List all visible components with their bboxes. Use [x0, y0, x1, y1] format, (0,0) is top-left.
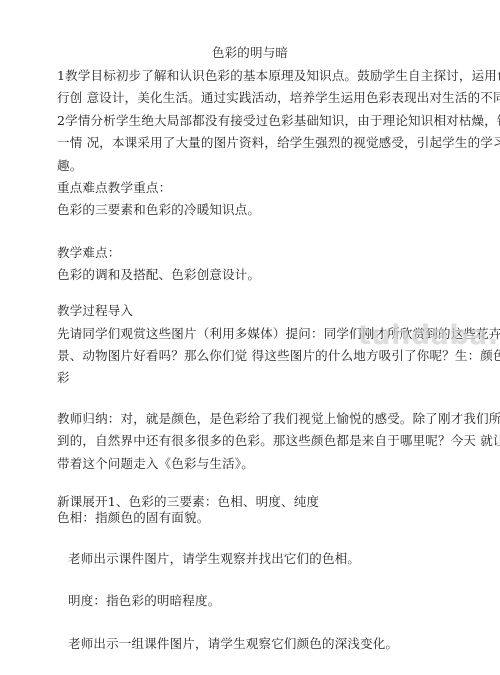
paragraph-line: 带着这个问题走入《色彩与生活》。	[57, 456, 254, 472]
section-heading: 教学过程导入	[57, 303, 133, 319]
paragraph-line: 老师出示一组课件图片，请学生观察它们颜色的深浅变化。	[68, 636, 398, 652]
paragraph-line: 一情 况，本课采用了大量的图片资料，给学生强烈的视觉感受，引起学生的学习兴	[57, 135, 500, 151]
section-heading: 重点难点教学重点：	[57, 180, 171, 196]
paragraph-line: 到的，自然界中还有很多很多的色彩。那这些颜色都是来自于哪里呢？今天 就让我们	[57, 433, 500, 449]
paragraph-line: 趣。	[57, 158, 82, 174]
paragraph-line: 色相：指颜色的固有面貌。	[57, 510, 209, 526]
document-title: 色彩的明与暗	[0, 45, 500, 61]
paragraph-line: 明度：指色彩的明暗程度。	[68, 593, 220, 609]
paragraph-line: 色彩的三要素和色彩的冷暖知识点。	[57, 202, 260, 218]
paragraph-line: 老师出示课件图片，请学生观察并找出它们的色相。	[68, 551, 360, 567]
paragraph-line: 行创 意设计，美化生活。通过实践活动，培养学生运用色彩表现出对生活的不同情趣。	[57, 90, 500, 106]
section-heading: 教学难点：	[57, 245, 121, 261]
watermark: tuhdaba.com	[358, 320, 500, 351]
paragraph-line: 1教学目标初步了解和认识色彩的基本原理及知识点。鼓励学生自主探讨，运用色彩进	[57, 68, 500, 84]
document-page: 色彩的明与暗 1教学目标初步了解和认识色彩的基本原理及知识点。鼓励学生自主探讨，…	[0, 0, 500, 675]
section-heading: 新课展开1、色彩的三要素：色相、明度、纯度	[57, 494, 319, 510]
paragraph-line: 2学情分析学生绝大局部都没有接受过色彩基础知识，由于理论知识相对枯燥，针对这	[57, 113, 500, 129]
paragraph-line: 色彩的调和及搭配、色彩创意设计。	[57, 267, 260, 283]
paragraph-line: 教师归纳：对，就是颜色，是色彩给了我们视觉上愉悦的感受。除了刚才我们所 欣赏	[57, 411, 500, 427]
paragraph-line: 彩	[57, 370, 70, 386]
